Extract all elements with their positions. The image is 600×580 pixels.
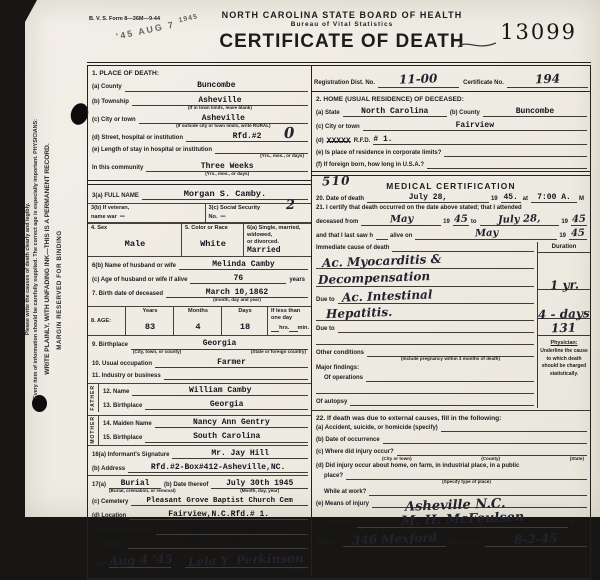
operations-row: Of operations — [324, 374, 534, 382]
md-label: M. D. — [568, 520, 587, 527]
burial-num-label: 17(a) — [92, 482, 109, 489]
street-row: (d) Street, hospital or institution Rfd.… — [92, 132, 308, 142]
age-less-cell: If less than one day hrs. min. — [267, 307, 311, 335]
home-street-struck: XXXXX — [327, 137, 351, 147]
other-conditions-hint: (Include pregnancy within 3 months of de… — [367, 356, 534, 361]
father-birthplace-row: 13. Birthplace Georgia — [103, 400, 308, 410]
birth-date-value: March 10,1862 — [206, 288, 268, 298]
spouse-label: 6(b) Name of husband or wife — [92, 263, 179, 270]
mother-name-row: 14. Maiden Name Nancy Ann Gentry — [103, 418, 308, 428]
age-days-value: 18 — [240, 322, 250, 332]
age-months-cell: Months 4 — [173, 307, 221, 335]
certificate-paper: Please write the causes of death clearly… — [25, 0, 600, 517]
where-injury-row: (c) Where did injury occur? — [316, 448, 587, 456]
age-days-label: Days — [225, 308, 265, 315]
certificate-serial-number: 13099 — [500, 20, 577, 44]
full-name-label: 3(a) FULL NAME — [92, 193, 142, 200]
township-hint: (If in town limits, leave blank) — [132, 105, 308, 110]
date-signed-value: 8-2-45 — [514, 531, 558, 539]
injury-place-label: (d) Did injury occur about home, on farm… — [316, 463, 519, 470]
sex-value: Male — [125, 239, 146, 249]
home-county-label: (b) County — [447, 110, 483, 117]
certificate-no-value: 194 — [535, 72, 561, 87]
at-label: at — [521, 196, 531, 203]
section-divider — [312, 171, 590, 175]
county-row: (a) County Buncombe — [92, 81, 308, 91]
street-scribble: 0 — [283, 124, 294, 142]
age-months-value: 4 — [195, 322, 200, 332]
community-hint: (Yrs., mos., or days) — [146, 171, 308, 176]
due-to-label-2: Due to — [316, 326, 338, 333]
year-prefix: 19 — [441, 219, 453, 226]
due-to-label-1: Due to — [316, 297, 338, 304]
board-title: NORTH CAROLINA STATE BOARD OF HEALTH — [197, 10, 487, 20]
mother-side-label: MOTHER — [90, 416, 96, 444]
veteran-ssn-row: 3(b) If veteran, name war — 3(c) Social … — [88, 203, 311, 223]
burial-date-value: July 30th 1945 — [226, 479, 293, 489]
home-corporate-label: (e) Is place of residence in corporate l… — [316, 150, 444, 157]
registration-value: 11-00 — [399, 72, 438, 88]
certificate-form: B. V. S. Form 8—36M—9-44 ’45 AUG 7 1945 … — [87, 6, 591, 511]
last-saw-value: May — [474, 228, 498, 241]
father-name-row: 12. Name William Camby — [103, 386, 308, 396]
father-block: FATHER 12. Name William Camby 13. Birthp… — [88, 383, 311, 412]
certify-line-2: deceased from May 19 45 to July 28, 19 4… — [316, 214, 587, 226]
physician-address-value: 346 Mexford — [351, 530, 437, 539]
cemetery-row: (c) Cemetery Pleasant Grove Baptist Chur… — [92, 497, 308, 506]
home-street-row: (d) XXXXX R.F.D. # 1. — [316, 135, 587, 145]
death-year-value: 45. — [503, 193, 517, 203]
date-of-death-label: 20. Date of death — [316, 196, 367, 203]
home-rfd-label: R.F.D. — [351, 138, 374, 145]
at-work-label: While at work? — [316, 489, 369, 496]
father-side-label: FATHER — [90, 385, 96, 411]
mother-name-value: Nancy Ann Gentry — [193, 418, 270, 428]
industry-label: 11. Industry or business — [92, 373, 164, 380]
age-years-cell: Years 83 — [125, 307, 173, 335]
blank-cause-line — [316, 337, 534, 345]
funeral-director-value: Brownell-Dunn and Lovin — [177, 524, 287, 534]
physician-note-title: Physician: — [540, 339, 588, 347]
home-state-label: (a) State — [316, 110, 343, 117]
due-to-row-2: Due to — [316, 325, 534, 333]
mother-birthplace-value: South Carolina — [193, 432, 260, 442]
father-name-label: 12. Name — [103, 389, 132, 396]
paper-corner-shadow — [25, 0, 37, 22]
due-to-value-1a: Ac. Intestinal — [341, 287, 432, 305]
marital-label: 6(a) Single, married, widowed, — [247, 225, 309, 239]
certify-text: 21. I certify that death occurred on the… — [316, 205, 522, 212]
occupation-row: 10. Usual occupation Farmer — [92, 358, 308, 368]
home-city-row: (c) City or town Fairview — [316, 121, 587, 131]
father-birthplace-value: Georgia — [210, 400, 244, 410]
form-header: B. V. S. Form 8—36M—9-44 ’45 AUG 7 1945 … — [87, 6, 591, 62]
home-city-label: (c) City or town — [316, 124, 363, 131]
veteran-label2: name war — [91, 214, 117, 220]
due-to-line-2: Hepatitis. — [316, 306, 534, 321]
county-label: (a) County — [92, 84, 125, 91]
operations-label: Of operations — [324, 375, 366, 382]
meridiem-label: M — [577, 196, 587, 203]
ssn-label2: No. — [209, 214, 218, 220]
spouse-age-row: (c) Age of husband or wife if alive 76 y… — [92, 274, 308, 284]
community-row: In this community Three Weeks (Yrs., mos… — [92, 162, 308, 172]
immediate-cause-line-2: Decompensation — [316, 271, 534, 286]
accident-row: (a) Accident, suicide, or homicide (spec… — [316, 424, 587, 432]
attended-from-value: May — [389, 214, 413, 227]
where-injury-label: (c) Where did injury occur? — [316, 449, 397, 456]
marital-label2: or divorced. — [247, 239, 279, 245]
physician-address-row: Address 346 Mexford Date signed 8-2-45 — [316, 532, 587, 539]
due-to-value-1b: Hepatitis. — [326, 305, 393, 322]
alive-on-label: alive on — [388, 233, 415, 240]
accident-label: (a) Accident, suicide, or homicide (spec… — [316, 425, 441, 432]
major-findings-row: Major findings: — [316, 365, 534, 372]
county-value: Buncombe — [197, 81, 235, 91]
informant-value: Mr. Jay Hill — [211, 449, 269, 459]
spouse-value: Melinda Camby — [212, 260, 274, 270]
home-county-value: Buncombe — [516, 107, 554, 117]
marital-cell: 6(a) Single, married, widowed, or divorc… — [243, 224, 311, 256]
other-conditions-row: Other conditions (Include pregnancy with… — [316, 349, 534, 357]
informant-address-value: Rfd.#2-Box#412-Asheville,NC. — [151, 463, 285, 473]
findings-blank-line — [316, 386, 534, 394]
other-conditions-label: Other conditions — [316, 350, 367, 357]
autopsy-row: Of autopsy — [316, 398, 534, 406]
pen-mark-icon — [456, 36, 498, 52]
where-hint-county: (County) — [481, 456, 500, 461]
father-name-value: William Camby — [189, 386, 251, 396]
informant-address-row: (b) Address Rfd.#2-Box#412-Asheville,NC. — [92, 463, 308, 473]
race-cell: 5. Color or Race White — [181, 224, 243, 256]
certify-line-1: 21. I certify that death occurred on the… — [316, 205, 587, 212]
place-of-death-heading: 1. PLACE OF DEATH: — [92, 70, 308, 77]
city-hint: (If outside city or town limits, write R… — [139, 123, 308, 128]
township-label: (b) Township — [92, 99, 132, 106]
where-injury-hints: (City or town) (County) (State) — [382, 456, 584, 461]
duration-cell-2: 4 - days — [538, 290, 590, 319]
last-saw-year: 45 — [571, 228, 585, 240]
age-less-label: If less than one day — [271, 308, 309, 322]
immediate-cause-row: Immediate cause of death — [316, 244, 534, 252]
marital-value: Married — [247, 246, 281, 256]
date-of-death-row: 20. Date of death July 28, 19 45. at 7:0… — [316, 193, 587, 203]
duration-column: Duration 1 yr. 4 - days 131 Physician: — [537, 242, 590, 408]
burial-type-hint: (Burial, cremation, or removal) — [109, 488, 161, 493]
age-months-label: Months — [177, 308, 219, 315]
father-birthplace-label: 13. Birthplace — [103, 403, 145, 410]
city-row: (c) City or town Asheville (If outside c… — [92, 114, 308, 124]
cemetery-label: (c) Cemetery — [92, 499, 131, 506]
spouse-age-suffix: years — [286, 277, 308, 284]
last-saw-row: and that I last saw h alive on May 19 45 — [316, 228, 587, 240]
signature-label: 23. Signature — [316, 520, 357, 527]
attended-to-value: July 28, — [498, 213, 541, 226]
occupation-value: Farmer — [217, 358, 246, 368]
margin-note-binding: MARGIN RESERVED FOR BINDING — [56, 230, 63, 350]
township-value: Asheville — [198, 96, 241, 106]
burial-row: 17(a) Burial (Burial, cremation, or remo… — [88, 475, 308, 489]
margin-note-every-item: Every item of information should be care… — [33, 119, 39, 399]
community-label: In this community — [92, 165, 146, 172]
home-corporate-row: (e) Is place of residence in corporate l… — [316, 149, 587, 157]
duration-cell-1: 1 yr. — [538, 253, 590, 290]
township-row: (b) Township Asheville (If in town limit… — [92, 96, 308, 106]
informant-row: 16(a) Informant's Signature Mr. Jay Hill — [88, 445, 308, 459]
last-saw-label: and that I last saw h — [316, 233, 376, 240]
informant-address-label: (b) Address — [92, 466, 128, 473]
street-label: (d) Street, hospital or institution — [92, 135, 186, 142]
immediate-cause-value-1: Ac. Myocarditis & — [322, 252, 442, 271]
birthplace-label: 9. Birthplace — [92, 342, 131, 349]
immediate-cause-value-2: Decompensation — [318, 270, 431, 288]
informant-label: 16(a) Informant's Signature — [92, 452, 172, 459]
place-label: place? — [316, 473, 346, 480]
injury-place-row-2: place? (Specify type of place) — [316, 472, 587, 480]
medical-certification-heading: 510 MEDICAL CERTIFICATION — [312, 181, 590, 191]
due-to-row-1: Due to Ac. Intestinal — [316, 289, 534, 304]
home-foreign-label: (f) If foreign born, how long in U.S.A.? — [316, 162, 427, 169]
right-column: Registration Dist. No. 11-00 Certificate… — [312, 66, 590, 539]
community-value: Three Weeks — [201, 162, 254, 172]
birthplace-value: Georgia — [203, 339, 237, 349]
burial-location-label: (d) Location — [92, 513, 129, 520]
ssn-scribble: 2 — [286, 198, 296, 213]
home-heading: 2. HOME (USUAL RESIDENCE) OF DECEASED: — [316, 96, 587, 103]
burial-location-value: Fairview,N.C.Rfd.# 1. — [168, 510, 269, 520]
funeral-director-row: 18(a) Funeral director Brownell-Dunn and… — [92, 524, 308, 534]
where-hint-city: (City or town) — [382, 456, 412, 461]
year-prefix: 19 — [489, 196, 501, 203]
birth-date-row: 7. Birth date of deceased March 10,1862 … — [92, 288, 308, 298]
home-state-row: (a) State North Carolina (b) County Bunc… — [316, 107, 587, 117]
immediate-cause-line-1: Ac. Myocarditis & — [316, 254, 534, 269]
at-work-row: While at work? — [316, 488, 587, 496]
physician-note-text: Underline the cause to which death shoul… — [540, 348, 588, 377]
home-city-value: Fairview — [456, 121, 494, 131]
city-label: (c) City or town — [92, 117, 139, 124]
registration-row: Registration Dist. No. 11-00 Certificate… — [312, 66, 590, 91]
veteran-label: 3(b) If veteran, — [91, 205, 203, 212]
birthplace-hint-1: (City, town, or county) — [133, 349, 181, 354]
stay-row: (e) Length of stay in hospital or instit… — [92, 146, 308, 154]
home-state-value: North Carolina — [361, 107, 428, 117]
city-value: Asheville — [202, 114, 245, 124]
autopsy-label: Of autopsy — [316, 399, 350, 406]
birth-date-label: 7. Birth date of deceased — [92, 291, 166, 298]
occurrence-row: (b) Date of occurrence — [316, 436, 587, 444]
ssn-value: — — [221, 212, 226, 222]
age-table: 8. AGE: Years 83 Months 4 Days 18 — [88, 306, 311, 336]
certificate-title: CERTIFICATE OF DEATH — [197, 31, 487, 53]
race-value: White — [200, 239, 226, 249]
year-prefix: 19 — [557, 233, 569, 240]
funeral-director-label: 18(a) Funeral director — [92, 527, 156, 534]
spouse-age-value: 76 — [234, 274, 244, 284]
age-days-cell: Days 18 — [221, 307, 267, 335]
certificate-no-label: Certificate No. — [459, 80, 507, 87]
injury-place-row-1: (d) Did injury occur about home, on farm… — [316, 463, 587, 470]
birth-date-hint: (month, day and year) — [166, 297, 308, 302]
burial-type-value: Burial — [121, 479, 150, 489]
place-hint: (Specify type of place) — [346, 479, 587, 484]
overwritten-number: 510 — [322, 173, 351, 188]
attended-from-label: deceased from — [316, 219, 361, 226]
spouse-row: 6(b) Name of husband or wife Melinda Cam… — [92, 260, 308, 270]
age-hrs-label: hrs. — [279, 325, 289, 332]
external-causes-section: 22. If death was due to external causes,… — [312, 410, 590, 508]
margin-note-legibly: Please write the causes of death clearly… — [25, 203, 31, 335]
duration-value-3: 131 — [551, 321, 577, 336]
physician-signature-row: 23. Signature M. H. McFeulsen M. D. — [316, 512, 587, 527]
attended-from-year: 45 — [454, 214, 468, 226]
spouse-age-label: (c) Age of husband or wife if alive — [92, 277, 190, 284]
registration-label: Registration Dist. No. — [314, 80, 378, 87]
duration-header: Duration — [538, 242, 590, 253]
margin-note-write-plainly: WRITE PLAINLY, WITH UNFADING INK—THIS IS… — [44, 143, 51, 375]
burial-location-row: (d) Location Fairview,N.C.Rfd.# 1. — [92, 510, 308, 520]
occurrence-label: (b) Date of occurrence — [316, 437, 383, 444]
to-label: to — [469, 219, 480, 226]
veteran-cell: 3(b) If veteran, name war — — [88, 204, 205, 222]
left-column: 1. PLACE OF DEATH: (a) County Buncombe (… — [88, 66, 312, 539]
mother-birthplace-label: 15. Birthplace — [103, 435, 145, 442]
means-of-injury-label: (e) Means of injury — [316, 501, 372, 508]
age-years-label: Years — [129, 308, 171, 315]
sex-cell: 4. Sex Male — [88, 224, 181, 256]
age-min-label: min. — [298, 325, 310, 332]
mother-name-label: 14. Maiden Name — [103, 421, 155, 428]
ssn-cell: 3(c) Social Security No. — 2 — [205, 204, 312, 222]
age-years-value: 83 — [145, 322, 155, 332]
section-divider — [88, 180, 311, 184]
sex-race-marital-row: 4. Sex Male 5. Color or Race White 6(a) … — [88, 223, 311, 257]
bureau-subtitle: Bureau of Vital Statistics — [197, 21, 487, 28]
immediate-cause-label: Immediate cause of death — [316, 245, 392, 252]
attended-to-year: 45 — [572, 214, 586, 226]
burial-date-hint: (Month, day, year) — [211, 488, 308, 493]
industry-row: 11. Industry or business — [92, 372, 308, 380]
age-label: 8. AGE: — [91, 318, 111, 325]
external-causes-heading: 22. If death was due to external causes,… — [316, 415, 587, 422]
physician-note: Physician: Underline the cause to which … — [538, 336, 590, 381]
home-street-label: (d) — [316, 138, 327, 145]
death-time-value: 7:00 A. — [537, 193, 571, 203]
form-number: B. V. S. Form 8—36M—9-44 — [89, 16, 160, 22]
date-of-death-value: July 28, — [409, 193, 447, 203]
stamp-date: ’45 AUG 7 — [115, 19, 176, 41]
where-hint-state: (State) — [570, 456, 584, 461]
stay-hint: (Yrs., mos., or days) — [215, 153, 308, 158]
cause-of-death-block: Immediate cause of death Ac. Myocarditis… — [312, 242, 590, 408]
full-name-value: Morgan S. Camby. — [184, 189, 267, 199]
year-prefix: 19 — [559, 219, 571, 226]
veteran-value: — — [120, 212, 125, 222]
home-rfd-value: # 1. — [373, 135, 392, 145]
mother-birthplace-row: 15. Birthplace South Carolina — [103, 432, 308, 442]
street-value: Rfd.#2 — [233, 132, 262, 142]
mother-block: MOTHER 14. Maiden Name Nancy Ann Gentry … — [88, 415, 311, 444]
cemetery-value: Pleasant Grove Baptist Church Cem — [147, 497, 293, 506]
major-findings-label: Major findings: — [316, 365, 362, 372]
sex-label: 4. Sex — [91, 225, 179, 232]
duration-cell-3: 131 — [538, 319, 590, 336]
age-label-cell: 8. AGE: — [88, 307, 125, 335]
full-name-row: 3(a) FULL NAME Morgan S. Camby. — [92, 189, 308, 200]
stay-label: (e) Length of stay in hospital or instit… — [92, 147, 215, 154]
race-label: 5. Color or Race — [185, 225, 241, 232]
occupation-label: 10. Usual occupation — [92, 361, 155, 368]
birthplace-row: 9. Birthplace Georgia (City, town, or co… — [92, 339, 308, 349]
birthplace-hint-2: (State or foreign country) — [251, 349, 306, 354]
home-foreign-row: (f) If foreign born, how long in U.S.A.? — [316, 161, 587, 169]
stamp-year: 1945 — [178, 13, 199, 24]
